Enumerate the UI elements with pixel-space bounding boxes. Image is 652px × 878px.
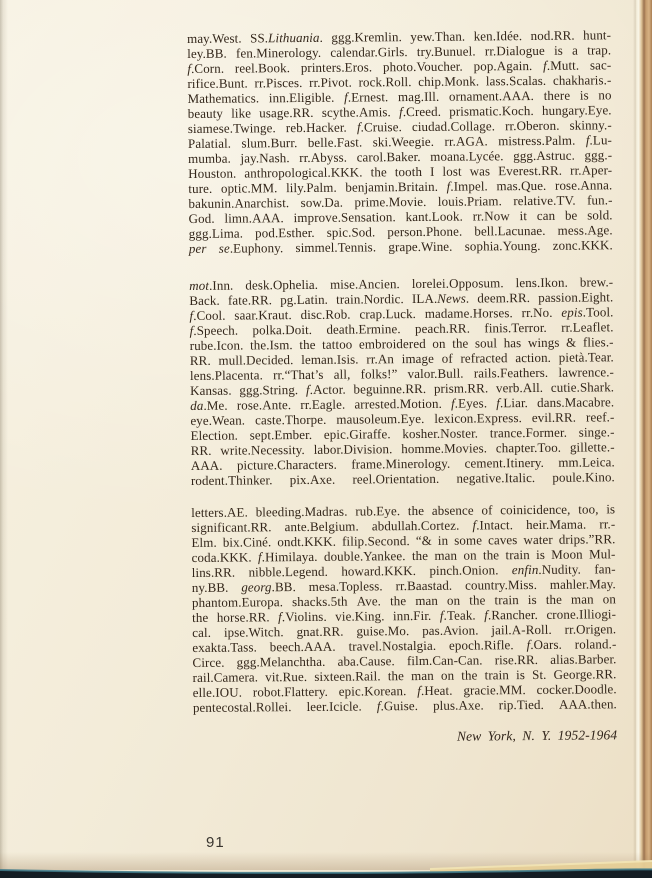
- text-line: pentecostal.Rollei.leer.Icicle.f.Guise.p…: [193, 696, 617, 715]
- book-page: may.West.SS.Lithuania.ggg.Kremlin.yew.Th…: [0, 0, 652, 878]
- attribution: New York, N. Y. 1952-1964: [193, 727, 617, 746]
- content-area: may.West.SS.Lithuania.ggg.Kremlin.yew.Th…: [187, 27, 617, 746]
- paragraph: may.West.SS.Lithuania.ggg.Kremlin.yew.Th…: [187, 27, 613, 256]
- page-fore-edge: [633, 0, 652, 868]
- paragraph: mot.Inn.desk.Ophelia.mise.Ancien.lorelei…: [189, 274, 615, 488]
- text-line: rodent.Thinker.pix.Axe.reel.Orientation.…: [191, 469, 615, 488]
- page-left-shadow: [0, 0, 8, 878]
- text-line: perse.Euphony.simmel.Tennis.grape.Wine.s…: [189, 237, 613, 256]
- text-block: may.West.SS.Lithuania.ggg.Kremlin.yew.Th…: [187, 27, 617, 715]
- page-number: 91: [206, 834, 225, 851]
- paragraph: letters.AE.bleeding.Madras.rub.Eye.theab…: [191, 501, 617, 715]
- book-bottom-edge: [0, 856, 652, 878]
